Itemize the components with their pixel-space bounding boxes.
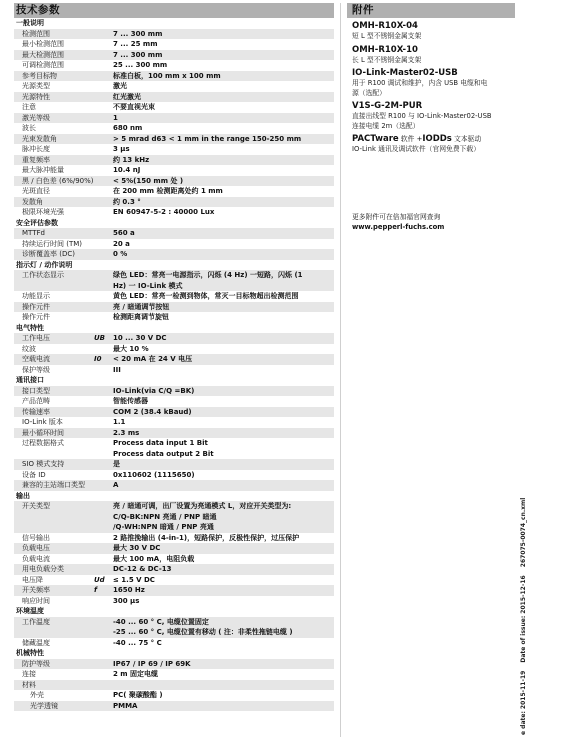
spec-label: 光束发散角 (14, 134, 94, 145)
spec-symbol (94, 239, 113, 250)
spec-value: -40 ... 75 ° C (113, 638, 334, 649)
spec-label: 连接 (14, 669, 94, 680)
accessory-code: OMH-R10X-10 (352, 45, 517, 56)
spec-symbol (94, 459, 113, 470)
spec-value-line: 0x110602 (1115650) (113, 470, 332, 481)
spec-value-line: 1 (113, 113, 332, 124)
file-name: 267075-0074_cn.xml (520, 498, 527, 568)
spec-value: 1.1 (113, 417, 334, 428)
spec-label: 操作元件 (14, 312, 94, 323)
tech-specs: 技术参数 一般说明检测范围7 ... 300 mm最小检测范围7 ... 25 … (14, 3, 334, 711)
spec-value: 7 ... 300 mm (113, 29, 334, 40)
spec-symbol (94, 113, 113, 124)
spec-symbol (94, 428, 113, 439)
spec-symbol (94, 165, 113, 176)
spec-row: 接口类型IO-Link(via C/Q =BK) (14, 386, 334, 397)
spec-symbol (94, 543, 113, 554)
accessory-description: 直接出线型 R100 与 IO-Link-Master02-USB (352, 112, 517, 122)
spec-symbol (94, 39, 113, 50)
website-link[interactable]: www.pepperl-fuchs.com (352, 223, 444, 233)
spec-value: 2 m 固定电缆 (113, 669, 334, 680)
spec-value-line: III (113, 365, 332, 376)
spec-symbol (94, 123, 113, 134)
section-heading: 机械特性 (14, 648, 334, 659)
spec-value: 2.3 ms (113, 428, 334, 439)
spec-value-line: 亮 / 暗通调节按钮 (113, 302, 332, 313)
spec-value-line: 约 0.3 ° (113, 197, 332, 208)
spec-symbol (94, 291, 113, 302)
spec-value: Process data input 1 BitProcess data out… (113, 438, 334, 459)
spec-symbol (94, 533, 113, 544)
spec-label: 光斑直径 (14, 186, 94, 197)
spec-row: 负载电流最大 100 mA，电阻负载 (14, 554, 334, 565)
spec-label: 极限环境光强 (14, 207, 94, 218)
spec-symbol (94, 407, 113, 418)
accessory-code: OMH-R10X-04 (352, 21, 517, 32)
spec-value-line: Process data input 1 Bit (113, 438, 332, 449)
spec-symbol (94, 596, 113, 607)
spec-row: 脉冲长度3 µs (14, 144, 334, 155)
accessory-code-suffix: 软件 + (399, 135, 423, 143)
spec-row: 黑 / 白色差 (6%/90%)< 5%(150 mm 处 ) (14, 176, 334, 187)
spec-row: MTTFd560 a (14, 228, 334, 239)
spec-symbol (94, 207, 113, 218)
spec-label: 开关频率 (14, 585, 94, 596)
spec-value-line: 300 µs (113, 596, 332, 607)
spec-value-line: > 5 mrad d63 < 1 mm in the range 150-250… (113, 134, 332, 145)
more-accessories: 更多附件可在倍加福官网查询 www.pepperl-fuchs.com (352, 213, 444, 232)
accessory-description: IO-Link 通讯及调试软件（官网免费下载） (352, 145, 517, 155)
spec-symbol (94, 197, 113, 208)
spec-symbol (94, 134, 113, 145)
spec-value-line: 黄色 LED：常亮一检测到物体，常灭一目标物超出检测范围 (113, 291, 332, 302)
spec-value: 20 a (113, 239, 334, 250)
spec-label: 持续运行时间 (TM) (14, 239, 94, 250)
spec-value: 约 0.3 ° (113, 197, 334, 208)
accessory-code: PACTware 软件 +IODDs 文本驱动 (352, 134, 517, 145)
spec-symbol (94, 186, 113, 197)
spec-symbol (94, 29, 113, 40)
spec-row: 防护等级IP67 / IP 69 / IP 69K (14, 659, 334, 670)
spec-symbol (94, 396, 113, 407)
spec-label: 参考目标物 (14, 71, 94, 82)
spec-symbol (94, 60, 113, 71)
spec-symbol (94, 554, 113, 565)
spec-value-line: 560 a (113, 228, 332, 239)
spec-row: 光源特性红光激光 (14, 92, 334, 103)
spec-label: 最小循环时间 (14, 428, 94, 439)
accessory-item: OMH-R10X-04短 L 型不锈钢金属支架 (347, 21, 517, 42)
spec-row: 诊断覆盖率 (DC)0 % (14, 249, 334, 260)
spec-value-line: 最大 100 mA，电阻负载 (113, 554, 332, 565)
spec-symbol (94, 249, 113, 260)
spec-label: 光源特性 (14, 92, 94, 103)
spec-row: 激光等级1 (14, 113, 334, 124)
spec-row: SIO 模式支持是 (14, 459, 334, 470)
spec-value: COM 2 (38.4 kBaud) (113, 407, 334, 418)
spec-value-line: 7 ... 300 mm (113, 50, 332, 61)
spec-value: 不要直视光束 (113, 102, 334, 113)
spec-symbol (94, 50, 113, 61)
spec-value-line: 最大 30 V DC (113, 543, 332, 554)
accessory-code-text: OMH-R10X-04 (352, 21, 418, 31)
spec-label: 产品范畴 (14, 396, 94, 407)
accessory-item: PACTware 软件 +IODDs 文本驱动IO-Link 通讯及调试软件（官… (347, 134, 517, 155)
spec-value-line: 在 200 mm 检测距离处约 1 mm (113, 186, 332, 197)
spec-value: A (113, 480, 334, 491)
spec-label: 注意 (14, 102, 94, 113)
spec-row: IO-Link 版本1.1 (14, 417, 334, 428)
accessory-description: 短 L 型不锈钢金属支架 (352, 32, 517, 42)
spec-value-line: IO-Link(via C/Q =BK) (113, 386, 332, 397)
spec-value: 亮 / 暗通调节按钮 (113, 302, 334, 313)
spec-row: 外壳PC( 聚碳酸酯 ) (14, 690, 334, 701)
spec-row: 空载电流I0< 20 mA 在 24 V 电压 (14, 354, 334, 365)
spec-label: 空载电流 (14, 354, 94, 365)
spec-symbol: UB (94, 333, 113, 344)
spec-value: 在 200 mm 检测距离处约 1 mm (113, 186, 334, 197)
spec-row: 产品范畴智能传感器 (14, 396, 334, 407)
spec-value-line: 7 ... 300 mm (113, 29, 332, 40)
spec-label: 外壳 (14, 690, 94, 701)
accessories-title: 附件 (347, 3, 515, 18)
spec-value: 亮 / 暗通可调，出厂设置为亮通模式 L，对应开关类型为:C/Q-BK:NPN … (113, 501, 334, 533)
spec-label: 工作状态显示 (14, 270, 94, 291)
spec-value-line: 激光 (113, 81, 332, 92)
spec-row: 设备 ID0x110602 (1115650) (14, 470, 334, 481)
spec-row: 光斑直径在 200 mm 检测距离处约 1 mm (14, 186, 334, 197)
spec-value: 25 ... 300 mm (113, 60, 334, 71)
spec-value-line: Process data output 2 Bit (113, 449, 332, 460)
spec-value-line: < 5%(150 mm 处 ) (113, 176, 332, 187)
spec-label: 脉冲长度 (14, 144, 94, 155)
spec-value: ≤ 1.5 V DC (113, 575, 334, 586)
accessory-code-secondary: IODDs (422, 134, 452, 144)
spec-symbol (94, 71, 113, 82)
spec-label: SIO 模式支持 (14, 459, 94, 470)
spec-value-line: -40 ... 60 ° C, 电缆位置固定 (113, 617, 332, 628)
spec-value: 10.4 nJ (113, 165, 334, 176)
spec-value: 最大 10 % (113, 344, 334, 355)
spec-symbol (94, 690, 113, 701)
spec-value-line: 检测距离调节旋钮 (113, 312, 332, 323)
spec-symbol (94, 312, 113, 323)
spec-symbol (94, 417, 113, 428)
spec-symbol (94, 270, 113, 291)
spec-symbol (94, 701, 113, 712)
spec-value: 1650 Hz (113, 585, 334, 596)
spec-value: 黄色 LED：常亮一检测到物体，常灭一目标物超出检测范围 (113, 291, 334, 302)
spec-label: 传输速率 (14, 407, 94, 418)
spec-value: IP67 / IP 69 / IP 69K (113, 659, 334, 670)
spec-symbol: f (94, 585, 113, 596)
spec-label: 防护等级 (14, 659, 94, 670)
spec-label: 负载电压 (14, 543, 94, 554)
spec-row: 工作电压UB10 ... 30 V DC (14, 333, 334, 344)
spec-label: 过程数据格式 (14, 438, 94, 459)
spec-value-line: -40 ... 75 ° C (113, 638, 332, 649)
spec-value: 560 a (113, 228, 334, 239)
spec-row: 纹波最大 10 % (14, 344, 334, 355)
spec-value-line: IP67 / IP 69 / IP 69K (113, 659, 332, 670)
accessory-item: IO-Link-Master02-USB用于 R100 调试和维护，内含 USB… (347, 68, 517, 98)
spec-row: 用电负载分类DC-12 & DC-13 (14, 564, 334, 575)
accessory-code-text: PACTware (352, 134, 399, 144)
tech-specs-title: 技术参数 (14, 3, 334, 18)
spec-row: 注意不要直视光束 (14, 102, 334, 113)
spec-label: 诊断覆盖率 (DC) (14, 249, 94, 260)
accessory-code-text: IO-Link-Master02-USB (352, 68, 458, 78)
spec-value-line: Hz) 一 IO-Link 模式 (113, 281, 332, 292)
spec-value: < 20 mA 在 24 V 电压 (113, 354, 334, 365)
spec-value: 约 13 kHz (113, 155, 334, 166)
spec-symbol (94, 669, 113, 680)
spec-value: 绿色 LED：常亮一电源指示，闪烁 (4 Hz) 一短路，闪烁 (1Hz) 一 … (113, 270, 334, 291)
spec-value-line: 10 ... 30 V DC (113, 333, 332, 344)
accessory-code: IO-Link-Master02-USB (352, 68, 517, 79)
document-footer-vertical: e date: 2015-11-19 Date of issue: 2015-1… (520, 492, 527, 735)
spec-symbol (94, 228, 113, 239)
spec-value-line: PMMA (113, 701, 332, 712)
spec-value: 最大 30 V DC (113, 543, 334, 554)
spec-value-line: -25 ... 60 ° C, 电缆位置有移动 ( 注：非柔性拖链电缆 ) (113, 627, 332, 638)
spec-value-line: 最大 10 % (113, 344, 332, 355)
spec-value-line: 亮 / 暗通可调，出厂设置为亮通模式 L，对应开关类型为: (113, 501, 332, 512)
spec-row: 功能显示黄色 LED：常亮一检测到物体，常灭一目标物超出检测范围 (14, 291, 334, 302)
spec-row: 波长680 nm (14, 123, 334, 134)
accessory-item: V1S-G-2M-PUR直接出线型 R100 与 IO-Link-Master0… (347, 101, 517, 131)
spec-symbol (94, 92, 113, 103)
spec-label: 兼容的主站端口类型 (14, 480, 94, 491)
spec-label: 负载电流 (14, 554, 94, 565)
spec-value-line: 7 ... 25 mm (113, 39, 332, 50)
spec-value: IO-Link(via C/Q =BK) (113, 386, 334, 397)
spec-value: < 5%(150 mm 处 ) (113, 176, 334, 187)
spec-label: 发散角 (14, 197, 94, 208)
spec-value: 激光 (113, 81, 334, 92)
spec-symbol (94, 155, 113, 166)
spec-row: 工作状态显示绿色 LED：常亮一电源指示，闪烁 (4 Hz) 一短路，闪烁 (1… (14, 270, 334, 291)
spec-symbol (94, 617, 113, 638)
spec-value-line: C/Q-BK:NPN 亮通 / PNP 暗通 (113, 512, 332, 523)
spec-symbol (94, 659, 113, 670)
spec-value-line: 不要直视光束 (113, 102, 332, 113)
spec-value: 3 µs (113, 144, 334, 155)
spec-row: 参考目标物标准白板，100 mm x 100 mm (14, 71, 334, 82)
spec-value-line: 绿色 LED：常亮一电源指示，闪烁 (4 Hz) 一短路，闪烁 (1 (113, 270, 332, 281)
spec-label: 重复频率 (14, 155, 94, 166)
spec-value-line: DC-12 & DC-13 (113, 564, 332, 575)
spec-value-line: 20 a (113, 239, 332, 250)
spec-value-line: 0 % (113, 249, 332, 260)
spec-value: 7 ... 25 mm (113, 39, 334, 50)
spec-symbol (94, 480, 113, 491)
spec-row: 检测范围7 ... 300 mm (14, 29, 334, 40)
spec-row: 工作温度-40 ... 60 ° C, 电缆位置固定-25 ... 60 ° C… (14, 617, 334, 638)
spec-value: 是 (113, 459, 334, 470)
spec-symbol (94, 144, 113, 155)
spec-value: 10 ... 30 V DC (113, 333, 334, 344)
spec-value-line: 10.4 nJ (113, 165, 332, 176)
accessory-code-text: V1S-G-2M-PUR (352, 101, 422, 111)
spec-label: 纹波 (14, 344, 94, 355)
section-heading: 安全评估参数 (14, 218, 334, 229)
spec-row: 开关频率f1650 Hz (14, 585, 334, 596)
spec-symbol (94, 501, 113, 533)
spec-label: 激光等级 (14, 113, 94, 124)
spec-value-line: 25 ... 300 mm (113, 60, 332, 71)
spec-value-line: 是 (113, 459, 332, 470)
spec-row: 信号输出2 路推挽输出 (4-in-1)，短路保护，反极性保护，过压保护 (14, 533, 334, 544)
spec-value-line: ≤ 1.5 V DC (113, 575, 332, 586)
spec-value-line: 3 µs (113, 144, 332, 155)
spec-label: 响应时间 (14, 596, 94, 607)
spec-value: 红光激光 (113, 92, 334, 103)
spec-value-line: 680 nm (113, 123, 332, 134)
spec-label: 用电负载分类 (14, 564, 94, 575)
spec-row: 光源类型激光 (14, 81, 334, 92)
spec-row: 发散角约 0.3 ° (14, 197, 334, 208)
spec-row: 最小循环时间2.3 ms (14, 428, 334, 439)
spec-value: 标准白板，100 mm x 100 mm (113, 71, 334, 82)
spec-value: 0x110602 (1115650) (113, 470, 334, 481)
spec-label: 设备 ID (14, 470, 94, 481)
spec-value: 智能传感器 (113, 396, 334, 407)
accessory-description: 源（选配） (352, 89, 517, 99)
spec-row: 响应时间300 µs (14, 596, 334, 607)
spec-label: 工作温度 (14, 617, 94, 638)
spec-label: 操作元件 (14, 302, 94, 313)
spec-label: 检测范围 (14, 29, 94, 40)
spec-row: 传输速率COM 2 (38.4 kBaud) (14, 407, 334, 418)
spec-label: 电压降 (14, 575, 94, 586)
spec-label: 储藏温度 (14, 638, 94, 649)
spec-label: 接口类型 (14, 386, 94, 397)
section-heading: 一般说明 (14, 18, 334, 29)
spec-row: 储藏温度-40 ... 75 ° C (14, 638, 334, 649)
issue-date: Date of issue: 2015-12-16 (520, 575, 527, 662)
spec-row: 最大脉冲能量10.4 nJ (14, 165, 334, 176)
section-heading: 通讯接口 (14, 375, 334, 386)
spec-value-line: 2.3 ms (113, 428, 332, 439)
spec-row: 光学透镜PMMA (14, 701, 334, 712)
spec-symbol (94, 438, 113, 459)
column-divider (340, 3, 341, 737)
spec-symbol (94, 176, 113, 187)
spec-row: 材料 (14, 680, 334, 691)
spec-row: 电压降Ud≤ 1.5 V DC (14, 575, 334, 586)
spec-value: -40 ... 60 ° C, 电缆位置固定-25 ... 60 ° C, 电缆… (113, 617, 334, 638)
spec-value: EN 60947-5-2 : 40000 Lux (113, 207, 334, 218)
section-heading: 环境温度 (14, 606, 334, 617)
spec-row: 过程数据格式Process data input 1 BitProcess da… (14, 438, 334, 459)
spec-row: 兼容的主站端口类型A (14, 480, 334, 491)
spec-value: 7 ... 300 mm (113, 50, 334, 61)
spec-value: 1 (113, 113, 334, 124)
spec-value: 0 % (113, 249, 334, 260)
accessory-description: 连接电缆 2m（选配） (352, 122, 517, 132)
spec-symbol: I0 (94, 354, 113, 365)
spec-value: III (113, 365, 334, 376)
spec-row: 开关类型亮 / 暗通可调，出厂设置为亮通模式 L，对应开关类型为:C/Q-BK:… (14, 501, 334, 533)
spec-value (113, 680, 334, 691)
spec-value-line: 2 路推挽输出 (4-in-1)，短路保护，反极性保护，过压保护 (113, 533, 332, 544)
spec-label: 最大脉冲能量 (14, 165, 94, 176)
spec-symbol (94, 344, 113, 355)
spec-symbol: Ud (94, 575, 113, 586)
spec-row: 操作元件检测距离调节旋钮 (14, 312, 334, 323)
spec-value-line: /Q-WH:NPN 暗通 / PNP 亮通 (113, 522, 332, 533)
spec-value: PMMA (113, 701, 334, 712)
spec-label: 光学透镜 (14, 701, 94, 712)
spec-row: 负载电压最大 30 V DC (14, 543, 334, 554)
spec-value: PC( 聚碳酸酯 ) (113, 690, 334, 701)
spec-row: 极限环境光强EN 60947-5-2 : 40000 Lux (14, 207, 334, 218)
spec-symbol (94, 386, 113, 397)
spec-symbol (94, 365, 113, 376)
spec-value: DC-12 & DC-13 (113, 564, 334, 575)
spec-symbol (94, 102, 113, 113)
spec-symbol (94, 470, 113, 481)
spec-label: 信号输出 (14, 533, 94, 544)
spec-symbol (94, 81, 113, 92)
spec-value: > 5 mrad d63 < 1 mm in the range 150-250… (113, 134, 334, 145)
spec-row: 重复频率约 13 kHz (14, 155, 334, 166)
spec-row: 可调检测范围25 ... 300 mm (14, 60, 334, 71)
spec-row: 光束发散角> 5 mrad d63 < 1 mm in the range 15… (14, 134, 334, 145)
accessory-description: 长 L 型不锈钢金属支架 (352, 56, 517, 66)
spec-row: 最大检测范围7 ... 300 mm (14, 50, 334, 61)
spec-value-line: 红光激光 (113, 92, 332, 103)
spec-value-line: 约 13 kHz (113, 155, 332, 166)
spec-label: 保护等级 (14, 365, 94, 376)
spec-label: 功能显示 (14, 291, 94, 302)
spec-value-line: 标准白板，100 mm x 100 mm (113, 71, 332, 82)
spec-sections: 一般说明检测范围7 ... 300 mm最小检测范围7 ... 25 mm最大检… (14, 18, 334, 711)
spec-row: 最小检测范围7 ... 25 mm (14, 39, 334, 50)
spec-value-line: 1650 Hz (113, 585, 332, 596)
section-heading: 指示灯 / 动作说明 (14, 260, 334, 271)
section-heading: 电气特性 (14, 323, 334, 334)
spec-value-line: < 20 mA 在 24 V 电压 (113, 354, 332, 365)
accessory-code: V1S-G-2M-PUR (352, 101, 517, 112)
release-date: e date: 2015-11-19 (520, 671, 527, 735)
spec-value-line: COM 2 (38.4 kBaud) (113, 407, 332, 418)
spec-label: 最小检测范围 (14, 39, 94, 50)
spec-label: 工作电压 (14, 333, 94, 344)
spec-row: 保护等级III (14, 365, 334, 376)
accessory-description: 用于 R100 调试和维护，内含 USB 电缆和电 (352, 79, 517, 89)
spec-value-line: A (113, 480, 332, 491)
spec-label: 开关类型 (14, 501, 94, 533)
accessory-code-secondary-suffix: 文本驱动 (452, 135, 481, 143)
accessories: 附件 OMH-R10X-04短 L 型不锈钢金属支架OMH-R10X-10长 L… (347, 3, 517, 155)
spec-row: 持续运行时间 (TM)20 a (14, 239, 334, 250)
spec-symbol (94, 638, 113, 649)
spec-label: 光源类型 (14, 81, 94, 92)
spec-value: 300 µs (113, 596, 334, 607)
spec-label: MTTFd (14, 228, 94, 239)
accessory-code-text: OMH-R10X-10 (352, 45, 418, 55)
spec-label: IO-Link 版本 (14, 417, 94, 428)
spec-row: 连接2 m 固定电缆 (14, 669, 334, 680)
spec-symbol (94, 302, 113, 313)
spec-label: 黑 / 白色差 (6%/90%) (14, 176, 94, 187)
spec-value-line: 智能传感器 (113, 396, 332, 407)
spec-label: 波长 (14, 123, 94, 134)
spec-value: 检测距离调节旋钮 (113, 312, 334, 323)
spec-symbol (94, 564, 113, 575)
